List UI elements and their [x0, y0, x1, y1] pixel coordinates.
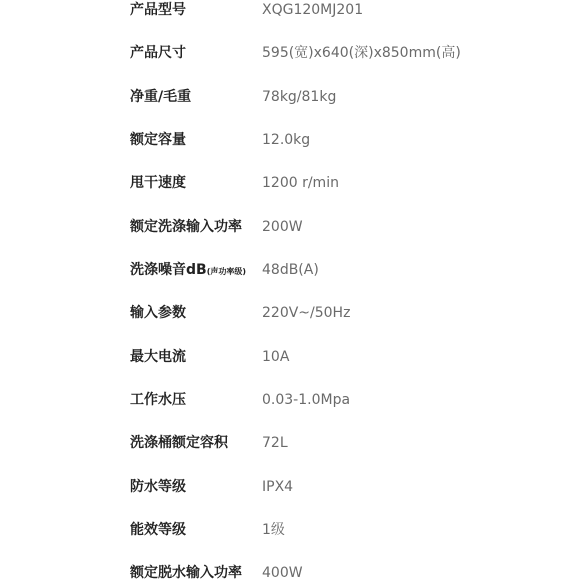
spec-label-text: 额定脱水输入功率	[130, 565, 242, 581]
spec-label-text: 输入参数	[130, 305, 186, 321]
spec-row-spin-power: 额定脱水输入功率 400W	[0, 563, 581, 581]
spec-label-text: 产品型号	[130, 2, 186, 18]
spec-label: 最大电流	[130, 347, 186, 367]
spec-value: 72L	[262, 433, 288, 453]
spec-label: 工作水压	[130, 390, 186, 410]
spec-row-water-pressure: 工作水压 0.03-1.0Mpa	[0, 390, 581, 414]
spec-label-suffix: (声功率级)	[207, 267, 246, 276]
spec-value: 10A	[262, 347, 289, 367]
spec-label: 防水等级	[130, 477, 186, 497]
spec-value: 1级	[262, 520, 285, 540]
spec-value: 1200 r/min	[262, 173, 339, 193]
spec-label-text: 防水等级	[130, 479, 186, 495]
spec-label: 甩干速度	[130, 173, 186, 193]
spec-value: 48dB(A)	[262, 260, 319, 280]
spec-label-text: 工作水压	[130, 392, 186, 408]
spec-value: 200W	[262, 217, 303, 237]
spec-row-noise: 洗涤噪音dB(声功率级) 48dB(A)	[0, 260, 581, 284]
spec-label-text: 产品尺寸	[130, 45, 186, 61]
spec-label: 产品型号	[130, 0, 186, 20]
spec-label-text: 额定容量	[130, 132, 186, 148]
spec-label-text: 能效等级	[130, 522, 186, 538]
spec-label-text: 净重/毛重	[130, 89, 191, 105]
spec-row-input-params: 输入参数 220V~/50Hz	[0, 303, 581, 327]
spec-value: 12.0kg	[262, 130, 310, 150]
spec-row-wash-power: 额定洗涤输入功率 200W	[0, 217, 581, 241]
spec-row-model: 产品型号 XQG120MJ201	[0, 0, 581, 24]
spec-label: 净重/毛重	[130, 87, 191, 107]
spec-value: 220V~/50Hz	[262, 303, 350, 323]
spec-label-text: 额定洗涤输入功率	[130, 219, 242, 235]
spec-label: 额定洗涤输入功率	[130, 217, 242, 237]
spec-row-weight: 净重/毛重 78kg/81kg	[0, 87, 581, 111]
spec-value: IPX4	[262, 477, 293, 497]
spec-value: 78kg/81kg	[262, 87, 336, 107]
spec-value: XQG120MJ201	[262, 0, 363, 20]
spec-label: 洗涤桶额定容积	[130, 433, 228, 453]
spec-value: 595(宽)x640(深)x850mm(高)	[262, 43, 461, 63]
spec-label-text: 最大电流	[130, 349, 186, 365]
spec-label: 额定脱水输入功率	[130, 563, 242, 581]
spec-row-drum-volume: 洗涤桶额定容积 72L	[0, 433, 581, 457]
spec-label: 输入参数	[130, 303, 186, 323]
spec-label: 能效等级	[130, 520, 186, 540]
spec-label: 洗涤噪音dB(声功率级)	[130, 260, 246, 282]
spec-row-waterproof: 防水等级 IPX4	[0, 477, 581, 501]
spec-value: 0.03-1.0Mpa	[262, 390, 350, 410]
spec-row-dimensions: 产品尺寸 595(宽)x640(深)x850mm(高)	[0, 43, 581, 67]
spec-label-text: 洗涤噪音dB	[130, 262, 207, 278]
spec-value: 400W	[262, 563, 303, 581]
spec-row-spin-speed: 甩干速度 1200 r/min	[0, 173, 581, 197]
spec-label-text: 甩干速度	[130, 175, 186, 191]
spec-label-text: 洗涤桶额定容积	[130, 435, 228, 451]
spec-label: 额定容量	[130, 130, 186, 150]
spec-label: 产品尺寸	[130, 43, 186, 63]
spec-row-max-current: 最大电流 10A	[0, 347, 581, 371]
spec-row-energy-rating: 能效等级 1级	[0, 520, 581, 544]
spec-row-capacity: 额定容量 12.0kg	[0, 130, 581, 154]
